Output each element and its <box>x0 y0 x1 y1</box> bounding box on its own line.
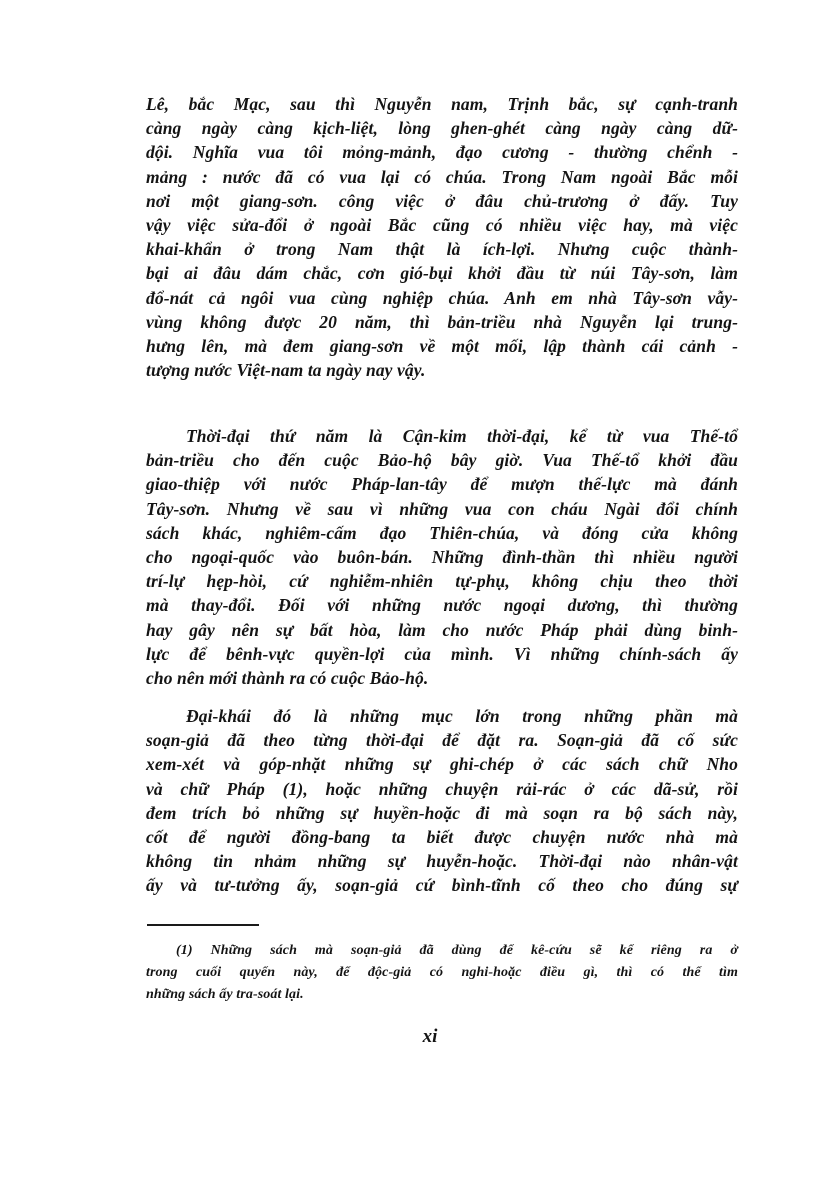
text-line: giao-thiệp với nước Pháp-lan-tây để mượn… <box>146 472 738 496</box>
paragraph-1: Lê, bắc Mạc, sau thì Nguyễn nam, Trịnh b… <box>146 92 738 382</box>
footnote-line: (1) Những sách mà soạn-giả đã dùng để kê… <box>146 940 738 962</box>
text-line: Thời-đại thứ năm là Cận-kim thời-đại, kể… <box>146 424 738 448</box>
text-line: mảng : nước đã có vua lại có chúa. Trong… <box>146 165 738 189</box>
footnote-divider <box>147 924 259 926</box>
text-line: Lê, bắc Mạc, sau thì Nguyễn nam, Trịnh b… <box>146 92 738 116</box>
text-line: sách khác, nghiêm-cấm đạo Thiên-chúa, và… <box>146 521 738 545</box>
text-line: hưng lên, mà đem giang-sơn về một mối, l… <box>146 334 738 358</box>
text-line: và chữ Pháp (1), hoặc những chuyện rải-r… <box>146 777 738 801</box>
text-line: nơi một giang-sơn. công việc ở đâu chủ-t… <box>146 189 738 213</box>
text-line: dội. Nghĩa vua tôi mỏng-mảnh, đạo cương … <box>146 140 738 164</box>
text-line: hay gây nên sự bất hòa, làm cho nước Phá… <box>146 618 738 642</box>
text-line: lực để bênh-vực quyền-lợi của mình. Vì n… <box>146 642 738 666</box>
text-line: Đại-khái đó là những mục lớn trong những… <box>146 704 738 728</box>
text-line: bại ai đâu dám chắc, cơn gió-bụi khởi đầ… <box>146 261 738 285</box>
text-line: xem-xét và góp-nhặt những sự ghi-chép ở … <box>146 752 738 776</box>
book-page: Lê, bắc Mạc, sau thì Nguyễn nam, Trịnh b… <box>0 0 840 1191</box>
text-line: cốt để người đồng-bang ta biết được chuy… <box>146 825 738 849</box>
text-line: tượng nước Việt-nam ta ngày nay vậy. <box>146 358 738 382</box>
footnote-line: những sách ấy tra-soát lại. <box>146 984 738 1006</box>
text-line: Tây-sơn. Nhưng về sau vì những vua con c… <box>146 497 738 521</box>
footnote-line: trong cuối quyển này, để độc-giả có nghi… <box>146 962 738 984</box>
text-line: đổ-nát cả ngôi vua cùng nghiệp chúa. Anh… <box>146 286 738 310</box>
text-line: khai-khẩn ở trong Nam thật là ích-lợi. N… <box>146 237 738 261</box>
text-line: cho nên mới thành ra có cuộc Bảo-hộ. <box>146 666 738 690</box>
paragraph-2: Thời-đại thứ năm là Cận-kim thời-đại, kể… <box>146 424 738 690</box>
text-line: trí-lự hẹp-hòi, cứ nghiễm-nhiên tự-phụ, … <box>146 569 738 593</box>
page-number: xi <box>0 1026 840 1048</box>
text-line: không tin nhảm những sự huyễn-hoặc. Thời… <box>146 849 738 873</box>
text-line: soạn-giả đã theo từng thời-đại để đặt ra… <box>146 728 738 752</box>
text-line: đem trích bỏ những sự huyền-hoặc đi mà s… <box>146 801 738 825</box>
text-line: vậy việc sửa-đổi ở ngoài Bắc cũng có nhi… <box>146 213 738 237</box>
text-line: bản-triều cho đến cuộc Bảo-hộ bây giờ. V… <box>146 448 738 472</box>
text-line: ấy và tư-tưởng ấy, soạn-giả cứ bình-tĩnh… <box>146 873 738 897</box>
text-line: vùng không được 20 năm, thì bản-triều nh… <box>146 310 738 334</box>
text-line: mà thay-đổi. Đối với những nước ngoại dư… <box>146 593 738 617</box>
footnote: (1) Những sách mà soạn-giả đã dùng để kê… <box>146 940 738 1006</box>
text-line: càng ngày càng kịch-liệt, lòng ghen-ghét… <box>146 116 738 140</box>
paragraph-3: Đại-khái đó là những mục lớn trong những… <box>146 704 738 898</box>
text-line: cho ngoại-quốc vào buôn-bán. Những đình-… <box>146 545 738 569</box>
